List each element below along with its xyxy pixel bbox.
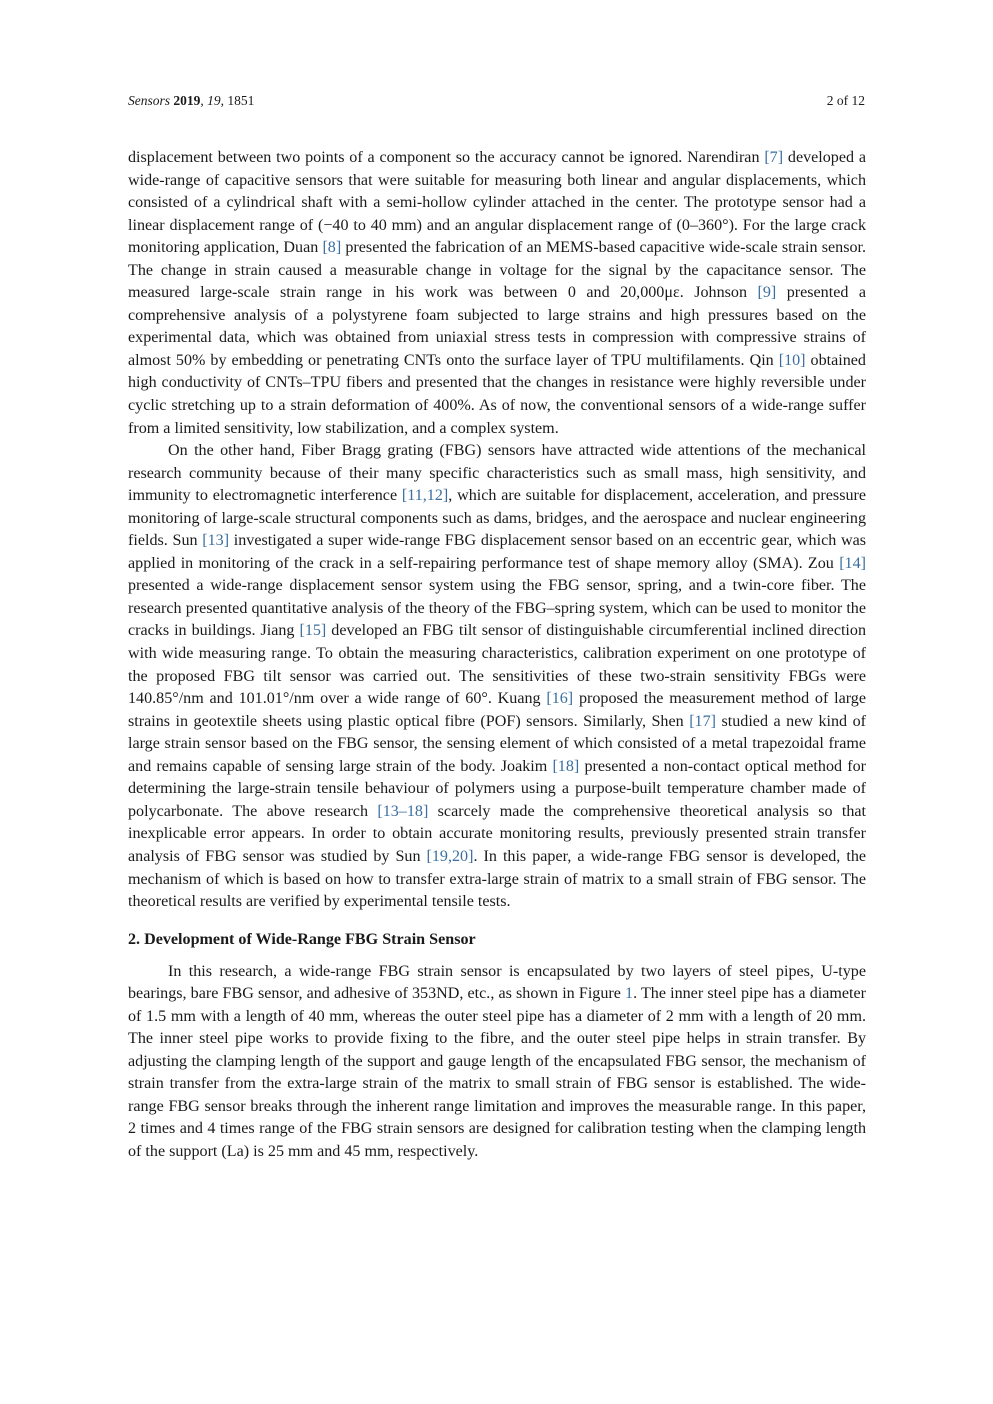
citation-link[interactable]: [8]: [322, 239, 341, 256]
section-heading: 2. Development of Wide-Range FBG Strain …: [128, 929, 866, 951]
journal-citation: Sensors 2019, 19, 1851: [128, 93, 254, 113]
citation-link[interactable]: [10]: [779, 352, 806, 369]
section-2-paragraphs: In this research, a wide-range FBG strai…: [128, 961, 866, 1164]
paragraph: displacement between two points of a com…: [128, 147, 866, 440]
journal-year: 2019: [173, 93, 200, 108]
citation-link[interactable]: [13]: [202, 532, 229, 549]
article-body: displacement between two points of a com…: [128, 147, 866, 1164]
citation-link[interactable]: [11,12]: [402, 487, 448, 504]
citation-link[interactable]: 1: [625, 985, 633, 1002]
citation-link[interactable]: [16]: [546, 690, 573, 707]
citation-link[interactable]: [7]: [764, 149, 783, 166]
citation-link[interactable]: [17]: [689, 713, 716, 730]
citation-link[interactable]: [18]: [552, 758, 579, 775]
journal-volume: 19: [207, 93, 221, 108]
page-number: 2 of 12: [827, 93, 865, 113]
article-number: 1851: [227, 93, 254, 108]
citation-link[interactable]: [13–18]: [377, 803, 428, 820]
citation-link[interactable]: [19,20]: [427, 848, 474, 865]
paragraph: On the other hand, Fiber Bragg grating (…: [128, 440, 866, 913]
running-header: Sensors 2019, 19, 1851 2 of 12: [128, 93, 865, 113]
citation-link[interactable]: [15]: [299, 622, 326, 639]
journal-name: Sensors: [128, 93, 170, 108]
paragraph: In this research, a wide-range FBG strai…: [128, 961, 866, 1164]
intro-paragraphs: displacement between two points of a com…: [128, 147, 866, 914]
citation-link[interactable]: [14]: [839, 555, 866, 572]
citation-link[interactable]: [9]: [757, 284, 776, 301]
